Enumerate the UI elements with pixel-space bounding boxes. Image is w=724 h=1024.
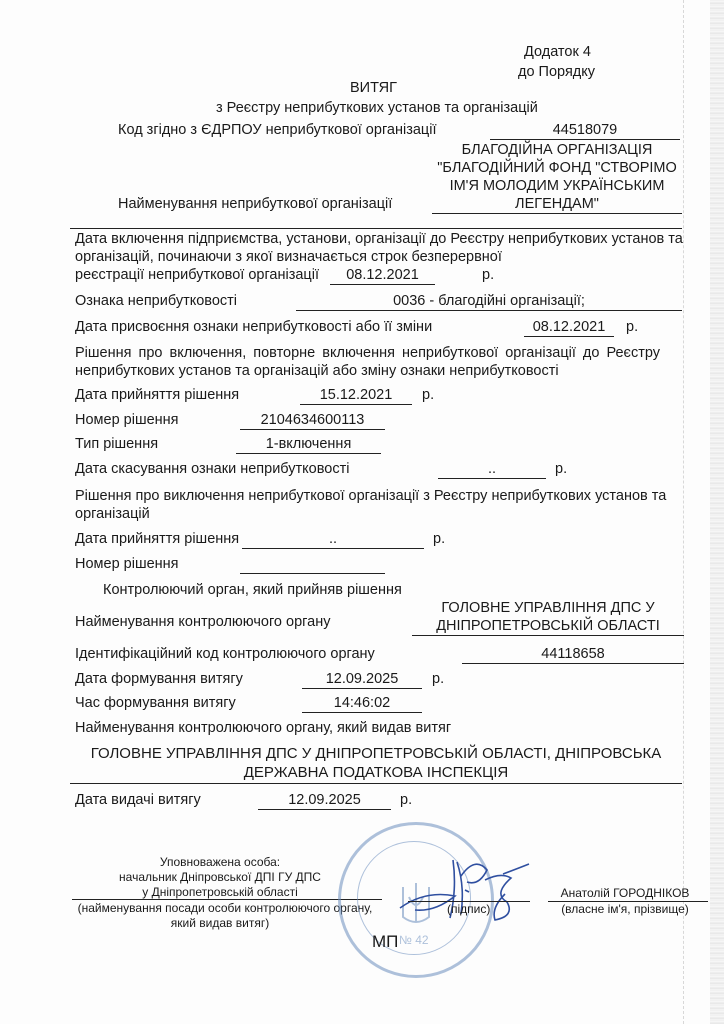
- org-name-line-3: ІМ'Я МОЛОДИМ УКРАЇНСЬКИМ: [432, 178, 682, 194]
- issuer-label: Найменування контролюючого органу, який …: [75, 720, 451, 736]
- extract-time-label: Час формування витягу: [75, 695, 236, 711]
- org-name-line-1: БЛАГОДІЙНА ОРГАНІЗАЦІЯ: [432, 142, 682, 158]
- sign-date-underline: [524, 336, 614, 337]
- cancel-date-underline: [438, 478, 546, 479]
- official-position-line-1: Уповноважена особа:: [60, 855, 380, 869]
- org-name-label: Найменування неприбуткової організації: [118, 196, 392, 212]
- scan-artifact-line: [683, 0, 684, 1024]
- cancel-date-label: Дата скасування ознаки неприбутковості: [75, 461, 349, 477]
- sign-label: Ознака неприбутковості: [75, 293, 237, 309]
- decision-date-label: Дата прийняття рішення: [75, 387, 239, 403]
- issue-date-suffix: р.: [400, 792, 412, 808]
- controlling-body-name-line-2: ДНІПРОПЕТРОВСЬКІЙ ОБЛАСТІ: [412, 618, 684, 634]
- document-title: ВИТЯГ: [350, 80, 397, 96]
- exclusion-date-value: ..: [242, 531, 424, 547]
- inclusion-date-underline: [330, 284, 435, 285]
- inclusion-decision-heading-2: неприбуткових установ та організацій або…: [75, 363, 559, 379]
- decision-number-value: 2104634600113: [240, 412, 385, 428]
- controlling-body-id-label: Ідентифікаційний код контролюючого орган…: [75, 646, 375, 662]
- official-position-underline: [72, 899, 382, 900]
- exclusion-date-label: Дата прийняття рішення: [75, 531, 239, 547]
- issue-date-value: 12.09.2025: [258, 792, 391, 808]
- sign-date-label: Дата присвоєння ознаки неприбутковості а…: [75, 319, 432, 335]
- scan-edge-strip: [710, 0, 724, 1024]
- exclusion-date-underline: [242, 548, 424, 549]
- inclusion-label-line-2: організацій, починаючи з якої визначаєть…: [75, 249, 502, 265]
- controlling-body-id-value: 44118658: [462, 646, 684, 662]
- cancel-date-suffix: р.: [555, 461, 567, 477]
- sign-value: 0036 - благодійні організації;: [296, 293, 682, 309]
- inclusion-label-line-1: Дата включення підприємства, установи, о…: [75, 231, 683, 247]
- exclusion-decision-heading-2: організацій: [75, 506, 150, 522]
- controlling-body-heading: Контролюючий орган, який прийняв рішення: [103, 582, 402, 598]
- sign-date-suffix: р.: [626, 319, 638, 335]
- decision-number-label: Номер рішення: [75, 412, 179, 428]
- decision-date-value: 15.12.2021: [300, 387, 412, 403]
- official-position-caption-2: який видав витяг): [60, 916, 380, 930]
- sign-date-value: 08.12.2021: [524, 319, 614, 335]
- exclusion-decision-heading-1: Рішення про виключення неприбуткової орг…: [75, 488, 666, 504]
- document-subtitle: з Реєстру неприбуткових установ та орган…: [216, 100, 538, 116]
- decision-date-underline: [300, 404, 412, 405]
- official-position-line-2: начальник Дніпровської ДПІ ГУ ДПС: [60, 870, 380, 884]
- controlling-body-name-line-1: ГОЛОВНЕ УПРАВЛІННЯ ДПС У: [412, 600, 684, 616]
- issue-date-underline: [258, 809, 391, 810]
- sign-underline: [296, 310, 682, 311]
- issuer-underline: [70, 783, 682, 784]
- edrpou-label: Код згідно з ЄДРПОУ неприбуткової органі…: [118, 122, 436, 138]
- signature-caption: (підпис): [447, 902, 490, 916]
- decision-type-label: Тип рішення: [75, 436, 158, 452]
- exclusion-date-suffix: р.: [433, 531, 445, 547]
- inclusion-label-line-3: реєстрації неприбуткової організації: [75, 267, 319, 283]
- inclusion-decision-heading-1: Рішення про включення, повторне включенн…: [75, 345, 660, 361]
- issue-date-label: Дата видачі витягу: [75, 792, 201, 808]
- issuer-line-1: ГОЛОВНЕ УПРАВЛІННЯ ДПС У ДНІПРОПЕТРОВСЬК…: [70, 745, 682, 762]
- exclusion-number-underline: [240, 573, 385, 574]
- signatory-name: Анатолій ГОРОДНІКОВ: [540, 886, 710, 900]
- edrpou-value: 44518079: [490, 122, 680, 138]
- official-position-line-3: у Дніпропетровській області: [60, 885, 380, 899]
- extract-time-value: 14:46:02: [302, 695, 422, 711]
- exclusion-number-label: Номер рішення: [75, 556, 179, 572]
- extract-date-value: 12.09.2025: [302, 671, 422, 687]
- org-name-line-2: "БЛАГОДІЙНИЙ ФОНД "СТВОРІМО: [432, 160, 682, 176]
- controlling-body-name-underline: [412, 635, 684, 636]
- decision-date-suffix: р.: [422, 387, 434, 403]
- extract-date-label: Дата формування витягу: [75, 671, 243, 687]
- org-name-line-4: ЛЕГЕНДАМ": [432, 196, 682, 212]
- controlling-body-id-underline: [462, 663, 684, 664]
- cancel-date-value: ..: [438, 461, 546, 477]
- inclusion-date-suffix: р.: [482, 267, 494, 283]
- signatory-name-caption: (власне ім'я, прізвище): [540, 902, 710, 916]
- org-name-underline: [432, 213, 682, 214]
- decision-number-underline: [240, 429, 385, 430]
- controlling-body-name-label: Найменування контролюючого органу: [75, 614, 330, 630]
- extract-date-underline: [302, 688, 422, 689]
- inclusion-date-value: 08.12.2021: [330, 267, 435, 283]
- extract-time-underline: [302, 712, 422, 713]
- decision-type-value: 1-включення: [236, 436, 381, 452]
- handwritten-signature-icon: [395, 850, 535, 930]
- stamp-label: МП: [372, 932, 398, 952]
- decision-type-underline: [236, 453, 381, 454]
- extract-date-suffix: р.: [432, 671, 444, 687]
- appendix-reference: до Порядку: [518, 64, 595, 80]
- issuer-line-2: ДЕРЖАВНА ПОДАТКОВА ІНСПЕКЦІЯ: [70, 764, 682, 781]
- appendix-number: Додаток 4: [524, 44, 591, 60]
- stamp-number: № 42: [399, 933, 429, 947]
- section-divider: [70, 228, 682, 229]
- edrpou-underline: [490, 139, 680, 140]
